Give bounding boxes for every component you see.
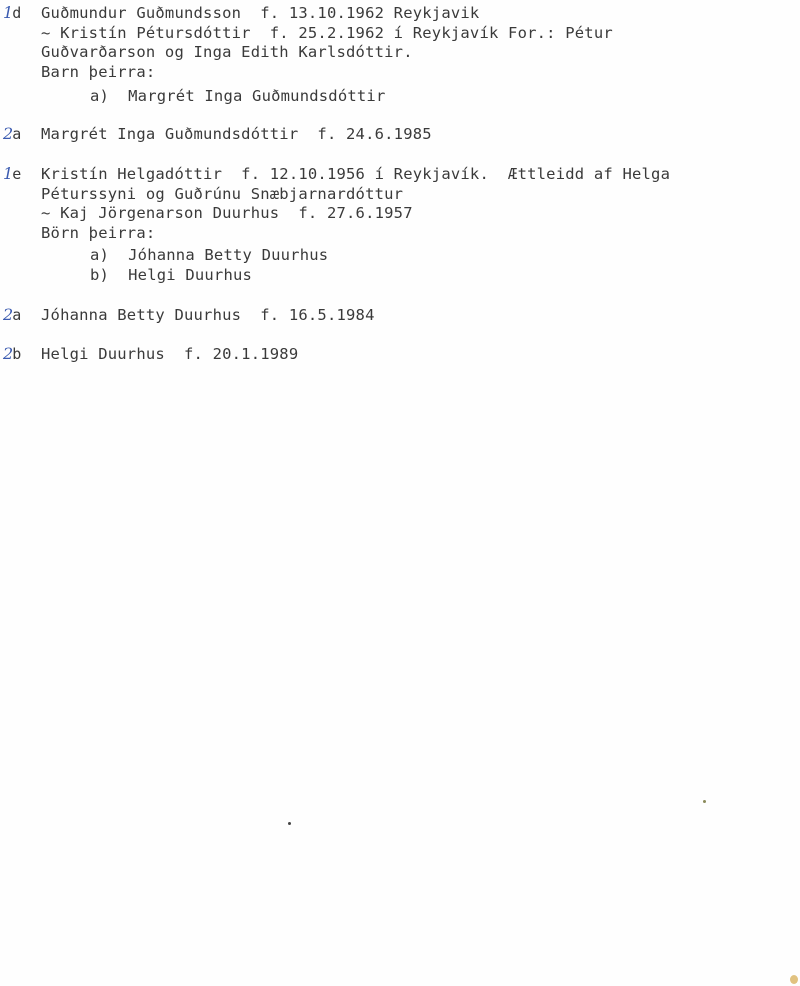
entry-line: Jóhanna Betty Duurhus f. 16.5.1984: [41, 305, 375, 325]
entry-line: Börn þeirra:: [41, 223, 155, 243]
handwritten-generation-number: 2: [3, 305, 12, 324]
entry-marker: 2a: [3, 305, 20, 324]
entry-letter: d: [12, 4, 20, 22]
entry-line: Margrét Inga Guðmundsdóttir f. 24.6.1985: [41, 124, 432, 144]
handwritten-generation-number: 1: [3, 3, 12, 22]
entry-marker: 2b: [3, 344, 20, 363]
entry-line: ~ Kristín Pétursdóttir f. 25.2.1962 í Re…: [41, 23, 613, 43]
scanned-document-page: 1d Guðmundur Guðmundsson f. 13.10.1962 R…: [0, 0, 800, 986]
entry-letter: a: [12, 125, 20, 143]
scan-speck: [703, 800, 706, 803]
entry-line: Guðvarðarson og Inga Edith Karlsdóttir.: [41, 42, 413, 62]
handwritten-generation-number: 1: [3, 164, 12, 183]
entry-line: Helgi Duurhus f. 20.1.1989: [41, 344, 298, 364]
scan-speck: [790, 975, 798, 984]
entry-line: Péturssyni og Guðrúnu Snæbjarnardóttur: [41, 184, 403, 204]
entry-letter: e: [12, 165, 20, 183]
entry-line: Kristín Helgadóttir f. 12.10.1956 í Reyk…: [41, 164, 670, 184]
entry-marker: 2a: [3, 124, 20, 143]
entry-letter: a: [12, 306, 20, 324]
handwritten-generation-number: 2: [3, 124, 12, 143]
entry-line: ~ Kaj Jörgenarson Duurhus f. 27.6.1957: [41, 203, 413, 223]
entry-letter: b: [12, 345, 20, 363]
handwritten-generation-number: 2: [3, 344, 12, 363]
entry-line: Guðmundur Guðmundsson f. 13.10.1962 Reyk…: [41, 3, 479, 23]
child-line: a) Jóhanna Betty Duurhus: [90, 245, 328, 265]
child-line: a) Margrét Inga Guðmundsdóttir: [90, 86, 386, 106]
scan-speck: [288, 822, 291, 825]
entry-marker: 1e: [3, 164, 20, 183]
child-line: b) Helgi Duurhus: [90, 265, 252, 285]
entry-line: Barn þeirra:: [41, 62, 155, 82]
entry-marker: 1d: [3, 3, 20, 22]
